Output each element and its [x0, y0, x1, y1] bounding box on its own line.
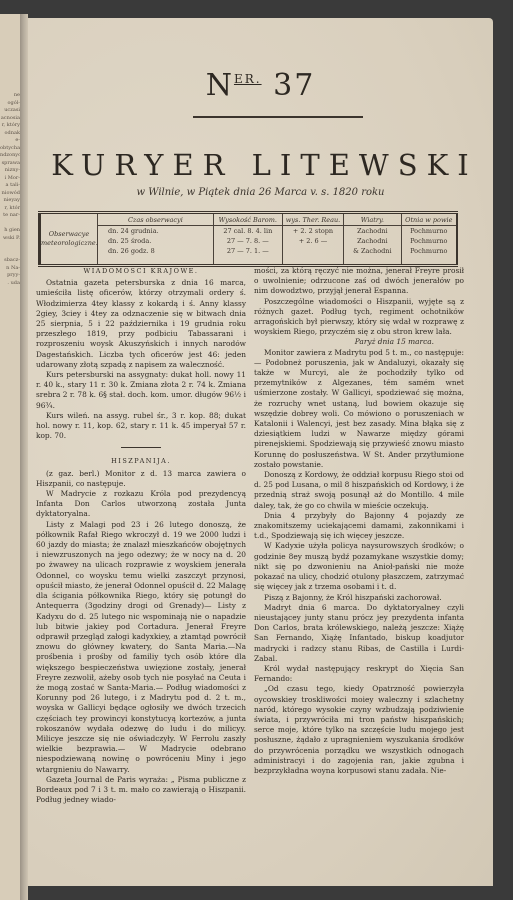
- masthead-rule: [193, 116, 363, 118]
- weather-label: Obserwacye meteorologiczne.: [38, 214, 98, 264]
- section-separator: [121, 447, 161, 448]
- article-paragraph: Listy z Malagi pod 23 i 26 lutego donosz…: [36, 520, 246, 775]
- weather-col-barometer: Wysokość Barom. 27 cal. 8. 4. lin 27 — 7…: [214, 214, 283, 264]
- article-paragraph: mości, za którą ręczyć nie można, jenera…: [254, 266, 464, 297]
- issue-number: NER. 37: [28, 68, 493, 103]
- article-paragraph: Madryt dnia 6 marca. Do dyktatoryalney c…: [254, 603, 464, 664]
- article-paragraph: Kurs wileń. na assyg. rubel śr., 3 r. ko…: [36, 411, 246, 442]
- section-heading-spain: HISZPANIJA.: [36, 456, 246, 466]
- article-paragraph: Kurs petersburski na assygnaty: dukat ho…: [36, 370, 246, 411]
- newspaper-title: KURYER LITEWSKI: [28, 148, 493, 182]
- adjacent-page-text: ne ogól- uczasi acnosia r, który odnak e…: [0, 92, 20, 287]
- left-column: WIADOMOSCI KRAJOWE. Ostatnia gazeta pete…: [36, 266, 246, 805]
- weather-col-sky: Otnia w powie Pochmurno Pochmurno Pochmu…: [402, 214, 458, 264]
- article-paragraph: W Madrycie z rozkazu Króla pod prezydenc…: [36, 489, 246, 520]
- weather-col-thermometer: wys. Ther. Reau. + 2. 2 stopn + 2. 6 —: [283, 214, 344, 264]
- issue-dateline: w Wilnie, w Piątek dnia 26 Marca v. s. 1…: [28, 187, 493, 198]
- article-paragraph: Poszczególne wiadomości o Hiszpanii, wyj…: [254, 297, 464, 338]
- weather-observations-table: Obserwacye meteorologiczne. Czas obserwa…: [38, 211, 458, 267]
- article-paragraph: Monitor zawiera z Madrytu pod 5 t. m., c…: [254, 348, 464, 470]
- right-column: mości, za którą ręczyć nie można, jenera…: [254, 266, 464, 805]
- article-paragraph: Piszą z Bajonny, że Król hiszpański zach…: [254, 593, 464, 603]
- article-paragraph: Dnia 4 przybyły do Bajonny 4 pojazdy ze …: [254, 511, 464, 542]
- article-columns: WIADOMOSCI KRAJOWE. Ostatnia gazeta pete…: [36, 266, 464, 805]
- article-paragraph: (z gaz. berl.) Monitor z d. 13 marca zaw…: [36, 469, 246, 489]
- adjacent-page-fragment: ne ogól- uczasi acnosia r, który odnak e…: [0, 14, 22, 900]
- weather-col-time: Czas obserwacyi dn. 24 grudnia. dn. 25 ś…: [98, 214, 214, 264]
- newspaper-page: NER. 37 KURYER LITEWSKI w Wilnie, w Piąt…: [28, 18, 493, 886]
- article-paragraph: Gazeta Journal de Paris wyraża: „ Pisma …: [36, 775, 246, 806]
- article-paragraph: W Kadyxie użyła policya naysurowszych śr…: [254, 541, 464, 592]
- paris-dateline: Paryż dnia 15 marca.: [254, 337, 464, 347]
- article-paragraph: „Od czasu tego, kiedy Opatrzność powierz…: [254, 684, 464, 776]
- article-paragraph: Donoszą z Kordowy, że oddział korpusu Ri…: [254, 470, 464, 511]
- weather-col-winds: Wiatry. Zachodni Zachodni & Zachodni: [344, 214, 401, 264]
- section-heading-domestic: WIADOMOSCI KRAJOWE.: [36, 266, 246, 276]
- issue-number-value: 37: [273, 68, 315, 103]
- article-paragraph: Król wydał następujący reskrypt do Xięci…: [254, 664, 464, 684]
- book-gutter: [20, 14, 28, 900]
- article-paragraph: Ostatnia gazeta petersburska z dnia 16 m…: [36, 278, 246, 370]
